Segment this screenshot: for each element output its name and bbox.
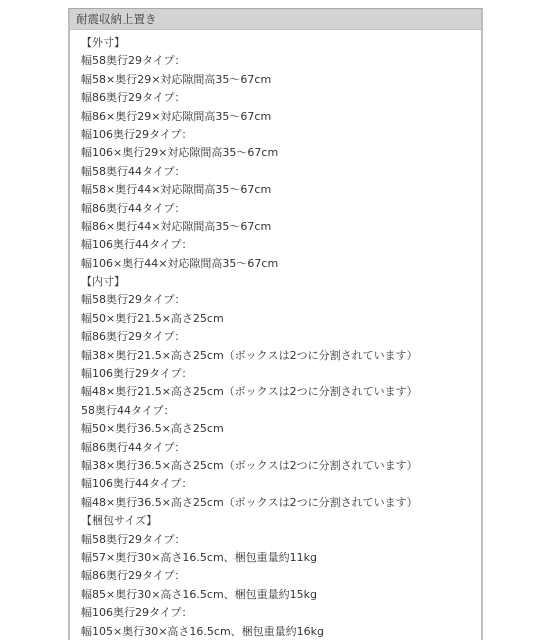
spec-line: 幅58×奥行29×対応隙間高35～67cm	[81, 71, 481, 89]
section-heading-outer-dimensions: 【外寸】	[81, 34, 481, 52]
spec-line: 幅57×奥行30×高さ16.5cm、梱包重量約11kg	[81, 549, 481, 567]
spec-line: 58奥行44タイプ：	[81, 402, 481, 420]
spec-line: 幅58×奥行44×対応隙間高35～67cm	[81, 181, 481, 199]
spec-line: 幅106奥行44タイプ：	[81, 475, 481, 493]
spec-line: 幅86奥行29タイプ：	[81, 567, 481, 585]
section-heading-package-size: 【梱包サイズ】	[81, 512, 481, 530]
spec-line: 幅86奥行44タイプ：	[81, 439, 481, 457]
spec-line: 幅50×奥行36.5×高さ25cm	[81, 420, 481, 438]
spec-line: 幅106×奥行29×対応隙間高35～67cm	[81, 144, 481, 162]
spec-line: 幅50×奥行21.5×高さ25cm	[81, 310, 481, 328]
spec-line: 幅38×奥行21.5×高さ25cm（ボックスは2つに分割されています）	[81, 347, 481, 365]
spec-line: 幅86奥行29タイプ：	[81, 89, 481, 107]
spec-line: 幅48×奥行36.5×高さ25cm（ボックスは2つに分割されています）	[81, 494, 481, 512]
spec-line: 幅106奥行29タイプ：	[81, 604, 481, 622]
spec-line: 幅58奥行29タイプ：	[81, 531, 481, 549]
spec-line: 幅106奥行44タイプ：	[81, 236, 481, 254]
spec-line: 幅106奥行29タイプ：	[81, 365, 481, 383]
spec-line: 幅85×奥行30×高さ16.5cm、梱包重量約15kg	[81, 586, 481, 604]
spec-line: 幅106×奥行44×対応隙間高35～67cm	[81, 255, 481, 273]
spec-line: 幅86×奥行29×対応隙間高35～67cm	[81, 108, 481, 126]
spec-line: 幅58奥行29タイプ：	[81, 291, 481, 309]
spec-line: 幅86奥行29タイプ：	[81, 328, 481, 346]
section-heading-inner-dimensions: 【内寸】	[81, 273, 481, 291]
spec-list: 【外寸】 幅58奥行29タイプ： 幅58×奥行29×対応隙間高35～67cm 幅…	[70, 30, 481, 640]
spec-panel: 耐震収納上置き 【外寸】 幅58奥行29タイプ： 幅58×奥行29×対応隙間高3…	[68, 8, 483, 640]
panel-title: 耐震収納上置き	[70, 9, 481, 30]
spec-line: 幅58奥行44タイプ：	[81, 163, 481, 181]
spec-line: 幅38×奥行36.5×高さ25cm（ボックスは2つに分割されています）	[81, 457, 481, 475]
spec-line: 幅86×奥行44×対応隙間高35～67cm	[81, 218, 481, 236]
spec-line: 幅105×奥行30×高さ16.5cm、梱包重量約16kg	[81, 623, 481, 640]
spec-line: 幅86奥行44タイプ：	[81, 200, 481, 218]
spec-line: 幅106奥行29タイプ：	[81, 126, 481, 144]
spec-line: 幅48×奥行21.5×高さ25cm（ボックスは2つに分割されています）	[81, 383, 481, 401]
spec-line: 幅58奥行29タイプ：	[81, 52, 481, 70]
